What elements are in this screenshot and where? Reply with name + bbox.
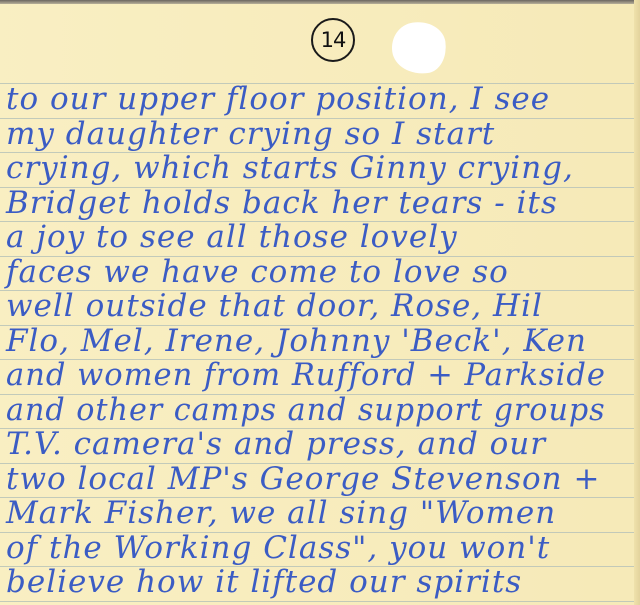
handwritten-line: Mark Fisher, we all sing "Women — [6, 496, 556, 530]
handwritten-line: two local MP's George Stevenson + — [6, 462, 600, 496]
handwritten-line: well outside that door, Rose, Hil — [6, 289, 543, 323]
page-top-edge — [0, 0, 640, 4]
handwritten-line: and other camps and support groups — [6, 393, 606, 427]
rule-line — [0, 601, 634, 602]
handwritten-line: to our upper floor position, I see — [6, 82, 550, 116]
handwritten-line: crying, which starts Ginny crying, — [6, 151, 574, 185]
page-number-circle: 14 — [311, 18, 355, 62]
handwritten-line: believe how it lifted our spirits — [6, 565, 522, 599]
handwritten-line: Bridget holds back her tears - its — [6, 186, 558, 220]
handwritten-line: my daughter crying so I start — [6, 117, 495, 151]
handwritten-line: and women from Rufford + Parkside — [6, 358, 606, 392]
page-number: 14 — [321, 28, 346, 52]
handwritten-line: T.V. camera's and press, and our — [6, 427, 546, 461]
page-right-edge — [634, 0, 640, 605]
handwritten-line: faces we have come to love so — [6, 255, 509, 289]
handwritten-line: of the Working Class", you won't — [6, 531, 550, 565]
handwritten-line: a joy to see all those lovely — [6, 220, 458, 254]
handwritten-line: Flo, Mel, Irene, Johnny 'Beck', Ken — [6, 324, 587, 358]
